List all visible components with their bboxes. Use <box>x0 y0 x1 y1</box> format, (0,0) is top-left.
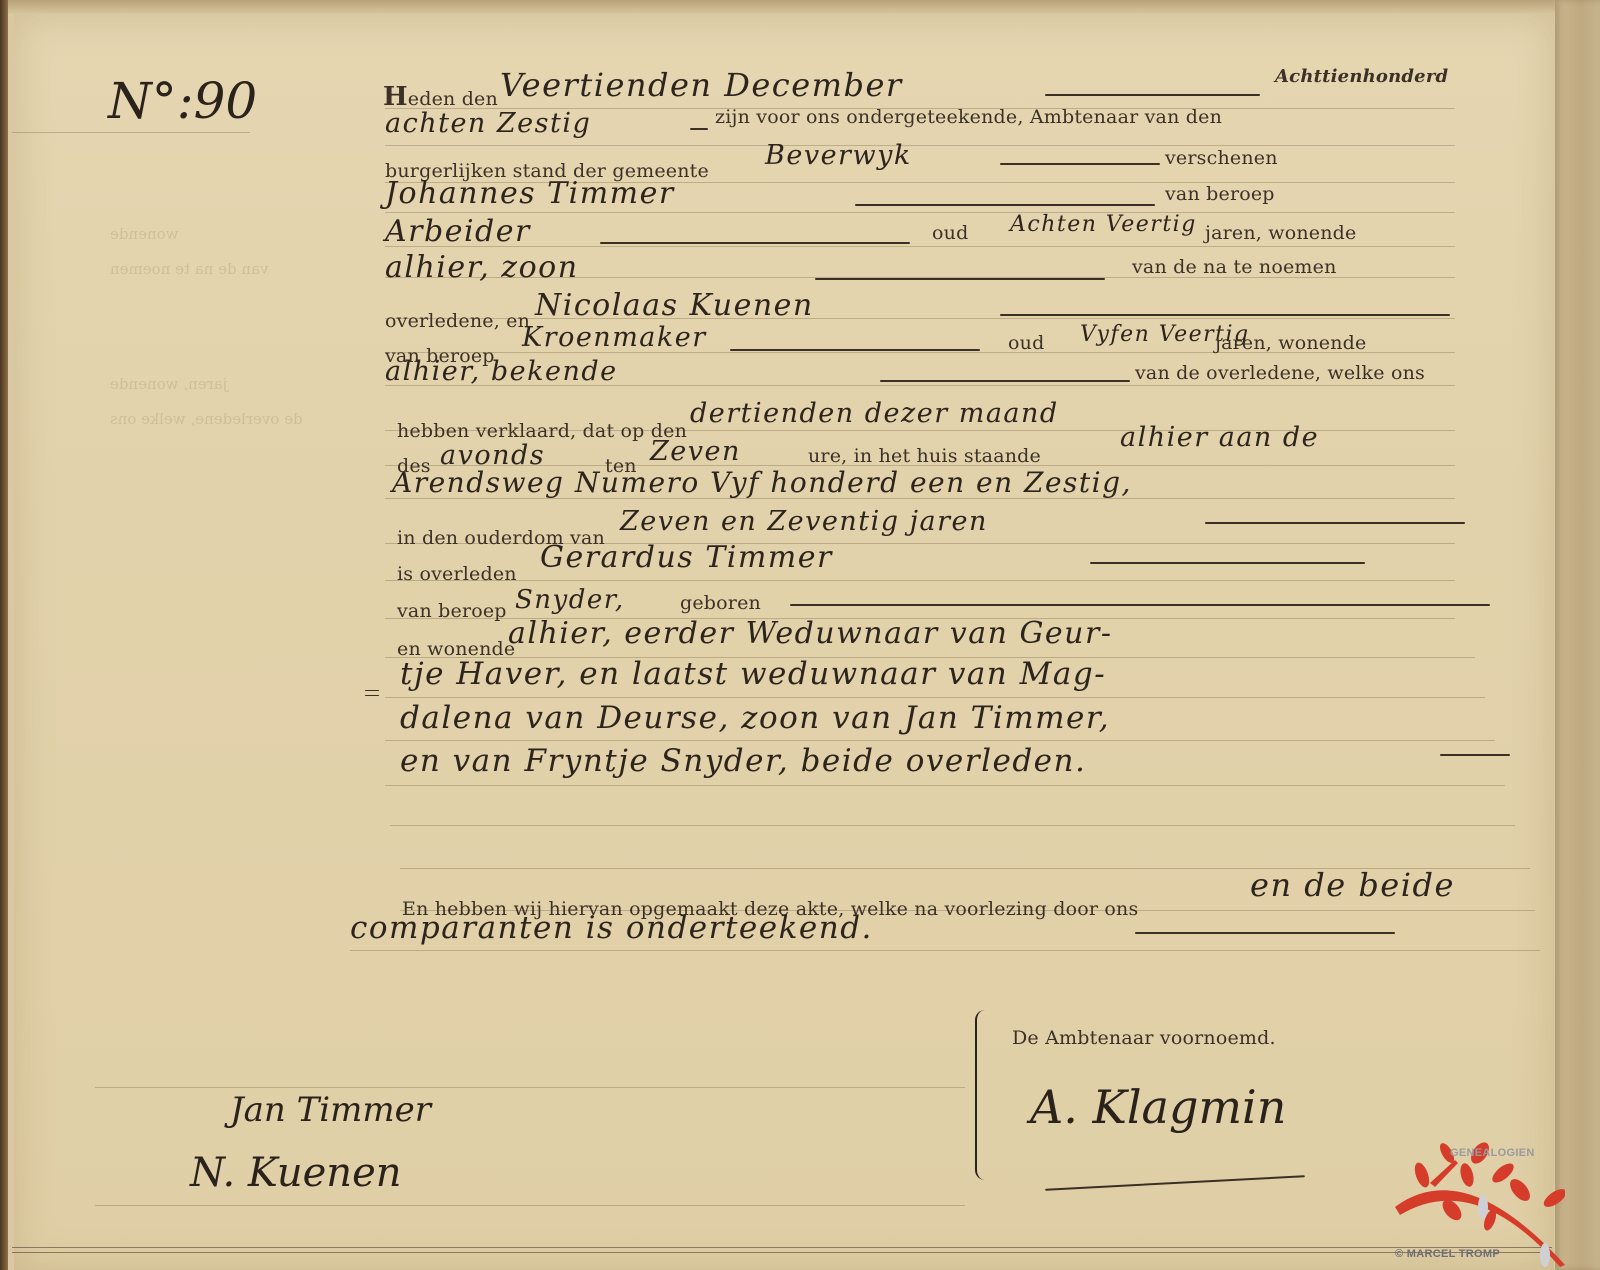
filler-dash <box>1045 94 1260 96</box>
handwritten-occupation-deceased: Snyder, <box>515 585 625 615</box>
witness-signature: Jan Timmer <box>230 1090 431 1130</box>
continuation-mark <box>365 690 379 691</box>
handwritten-residence: alhier, zoon <box>385 250 579 285</box>
printed-text: van de overledene, welke ons <box>1135 362 1425 384</box>
ruled-line <box>385 697 1485 698</box>
handwritten-marital-status: alhier, eerder Weduwnaar van Geur- <box>508 616 1112 651</box>
filler-dash <box>815 278 1105 280</box>
ruled-line <box>390 825 1515 826</box>
official-signature: A. Klagmin <box>1030 1080 1286 1134</box>
handwritten-age: Achten Veertig <box>1010 212 1197 237</box>
ruled-line <box>385 212 1455 213</box>
filler-dash <box>790 604 1490 606</box>
filler-dash <box>730 349 980 351</box>
handwritten-occupation: Arbeider <box>385 214 531 249</box>
continuation-mark <box>365 695 379 696</box>
signature-brace <box>975 1010 995 1180</box>
filler-dash <box>1000 163 1160 165</box>
handwritten-deceased-name: Gerardus Timmer <box>540 540 833 575</box>
handwritten-closing: comparanten is onderteekend. <box>350 910 873 946</box>
bleed-through-text: jaren, wonende <box>110 375 227 393</box>
filler-dash <box>690 128 708 130</box>
book-binding-edge <box>0 0 8 1270</box>
ruled-line <box>385 580 1455 581</box>
ruled-line <box>12 132 250 133</box>
printed-text: jaren, wonende <box>1205 222 1357 244</box>
witness-signature: N. Kuenen <box>190 1150 402 1196</box>
ruled-line <box>350 950 1540 951</box>
page-top-edge <box>0 0 1600 14</box>
printed-text: zijn voor ons ondergeteekende, Ambtenaar… <box>715 106 1222 128</box>
handwritten-continuation: dalena van Deurse, zoon van Jan Timmer, <box>400 700 1110 736</box>
bleed-through-text: wonende <box>110 225 179 243</box>
printed-text: ure, in het huis staande <box>808 445 1041 467</box>
filler-dash <box>1000 314 1450 316</box>
printed-text: verschenen <box>1165 147 1278 169</box>
printed-text: is overleden <box>397 563 517 585</box>
watermark-title: GENEALOGIEN <box>1450 1147 1535 1159</box>
filler-dash <box>1205 522 1465 524</box>
printed-text: overledene, en <box>385 310 530 332</box>
handwritten-occupation: Kroenmaker <box>522 322 707 353</box>
closing-double-rule <box>12 1252 1552 1253</box>
printed-text: van beroep <box>397 600 507 622</box>
ruled-line <box>385 145 1455 146</box>
handwritten-residence: alhier, bekende <box>385 356 618 387</box>
printed-text: van de na te noemen <box>1132 256 1337 278</box>
printed-text: jaren, wonende <box>1215 332 1367 354</box>
handwritten-location: alhier aan de <box>1120 422 1319 453</box>
handwritten-address: Arendsweg Numero Vyf honderd een en Zest… <box>392 466 1132 499</box>
ruled-line <box>95 1205 965 1206</box>
handwritten-declarant-name: Johannes Timmer <box>385 176 675 211</box>
ruled-line <box>385 785 1505 786</box>
printed-text: van beroep <box>1165 183 1275 205</box>
ruled-line <box>95 1087 965 1088</box>
filler-dash <box>855 204 1155 206</box>
handwritten-parents: en van Fryntje Snyder, beide overleden. <box>400 743 1086 779</box>
watermark-copyright: © MARCEL TROMP <box>1395 1248 1500 1260</box>
printed-text: Achttienhonderd <box>1275 66 1448 87</box>
handwritten-year: achten Zestig <box>385 108 591 139</box>
bleed-through-text: van de na te noemen <box>110 260 268 278</box>
filler-dash <box>880 380 1130 382</box>
handwritten-date: Veertienden December <box>500 66 903 104</box>
handwritten-closing: en de beide <box>1250 866 1455 904</box>
next-page-edge <box>1555 0 1600 1270</box>
filler-dash <box>600 242 910 244</box>
ruled-line <box>385 740 1495 741</box>
filler-dash <box>1440 754 1510 756</box>
printed-text: oud <box>932 222 968 244</box>
handwritten-death-date: dertienden dezer maand <box>690 398 1059 429</box>
bleed-through-text: de overledene, welke ons <box>110 410 303 428</box>
printed-text: oud <box>1008 332 1044 354</box>
filler-dash <box>1090 562 1365 564</box>
handwritten-continuation: tje Haver, en laatst weduwnaar van Mag- <box>400 656 1106 692</box>
record-number: N°:90 <box>108 72 257 130</box>
handwritten-witness-name: Nicolaas Kuenen <box>535 288 814 323</box>
official-label: De Ambtenaar voornoemd. <box>1012 1027 1276 1049</box>
closing-double-rule <box>12 1247 1552 1248</box>
handwritten-municipality: Beverwyk <box>765 140 912 171</box>
ruled-line <box>385 246 1455 247</box>
handwritten-hour: Zeven <box>650 436 741 467</box>
handwritten-age-deceased: Zeven en Zeventig jaren <box>620 506 988 537</box>
printed-text: hebben verklaard, dat op den <box>397 420 687 442</box>
printed-text: geboren <box>680 592 761 614</box>
genealogien-watermark: GENEALOGIEN © MARCEL TROMP <box>1395 1135 1565 1270</box>
filler-dash <box>1135 932 1395 934</box>
